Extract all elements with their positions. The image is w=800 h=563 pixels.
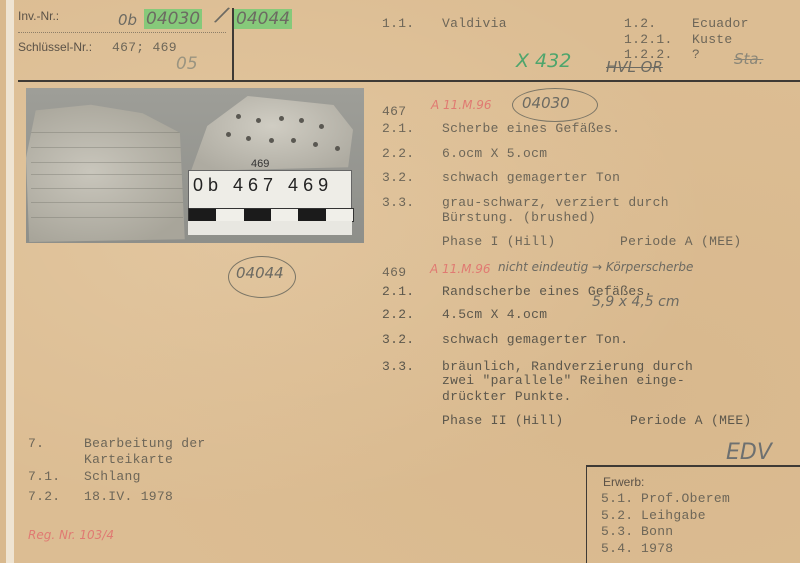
item-467-red-note: A 11.M.96 (431, 98, 492, 112)
sherd-467-image (26, 102, 188, 242)
item-467-row-num: 3.2. (382, 170, 414, 185)
item-469-red-note: A 11.M.96 (430, 262, 491, 276)
inv-dotted-line (18, 32, 226, 33)
field-7-2-num: 7.2. (28, 489, 60, 504)
item-467-phase: Phase I (Hill) (442, 234, 555, 249)
schluessel-value: 467; 469 (112, 40, 177, 55)
header-rule (18, 80, 800, 82)
erwerb-row-num: 5.3. (601, 524, 633, 539)
erwerb-box: Erwerb: 5.1. Prof.Oberem 5.2. Leihgabe 5… (586, 465, 800, 563)
item-467-periode: Periode A (MEE) (620, 234, 742, 249)
item-469-id: 469 (382, 265, 406, 280)
item-469-row-text: 4.5cm X 4.ocm (442, 307, 547, 322)
item-467-row-text: 6.ocm X 5.ocm (442, 146, 547, 161)
note-x432: X 432 (516, 50, 571, 72)
item-469-row-text: zwei "parallele" Reihen einge- (442, 373, 685, 388)
field-1-2-2-value: ? (692, 47, 700, 62)
item-469-periode: Periode A (MEE) (630, 413, 752, 428)
item-467-row-text: Scherbe eines Gefäßes. (442, 121, 620, 136)
item-469-size-note: 5,9 x 4,5 cm (592, 294, 680, 310)
field-1-1-value: Valdivia (442, 16, 507, 31)
field-7-2-value: 18.IV. 1978 (84, 489, 173, 504)
field-1-2-1-num: 1.2.1. (624, 32, 673, 47)
field-1-2-value: Ecuador (692, 16, 749, 31)
item-469-phase: Phase II (Hill) (442, 413, 564, 428)
item-467-row-num: 2.2. (382, 146, 414, 161)
note-struck: Sta. (734, 50, 763, 68)
edv-note: EDV (726, 440, 772, 465)
item-469-row-num: 3.2. (382, 332, 414, 347)
scale-base (188, 221, 352, 235)
item-469-hand-note: nicht eindeutig → Körperscherbe (498, 260, 693, 274)
item-467-row-num: 3.3. (382, 195, 414, 210)
photo-oval-note: 04044 (236, 264, 284, 282)
index-card: Inv.-Nr.: 0b 04030 / 04044 Schlüssel-Nr.… (6, 0, 800, 563)
schluessel-note: 05 (176, 54, 198, 74)
inv-number-2: 04044 (234, 9, 292, 29)
reg-number-note: Reg. Nr. 103/4 (28, 528, 114, 542)
scale-bar (188, 208, 354, 222)
specimen-label-text: 0b 467 469 (193, 175, 333, 196)
field-7-1-num: 7.1. (28, 469, 60, 484)
sherd-469-image: 469 (191, 96, 353, 171)
erwerb-row-text: Prof.Oberem (641, 491, 730, 506)
erwerb-row-text: Leihgabe (641, 508, 706, 523)
header-divider (232, 8, 234, 80)
item-469-row-num: 2.1. (382, 284, 414, 299)
item-467-id: 467 (382, 104, 406, 119)
erwerb-row-num: 5.4. (601, 541, 633, 556)
item-467-oval-note: 04030 (522, 94, 570, 112)
schluessel-label: Schlüssel-Nr.: (18, 40, 92, 54)
erwerb-row-num: 5.2. (601, 508, 633, 523)
specimen-label: 0b 467 469 (188, 170, 352, 209)
item-469-row-text: bräunlich, Randverzierung durch (442, 359, 693, 374)
sherd-small-label: 469 (251, 158, 269, 170)
item-469-row-text: drückter Punkte. (442, 389, 572, 404)
sherd-photo: 469 0b 467 469 (26, 88, 364, 243)
field-1-2-1-value: Kuste (692, 32, 733, 47)
erwerb-row-num: 5.1. (601, 491, 633, 506)
inv-nr-label: Inv.-Nr.: (18, 9, 59, 23)
item-467-row-text: grau-schwarz, verziert durch (442, 195, 669, 210)
card-edge (6, 0, 14, 563)
field-1-2-num: 1.2. (624, 16, 656, 31)
bearbeitung-line1: Bearbeitung der (84, 436, 206, 451)
erwerb-title: Erwerb: (603, 475, 644, 489)
item-467-row-num: 2.1. (382, 121, 414, 136)
bearbeitung-line2: Karteikarte (84, 452, 173, 467)
item-469-row-num: 2.2. (382, 307, 414, 322)
item-469-row-text: schwach gemagerter Ton. (442, 332, 628, 347)
inv-number-1: 04030 (144, 9, 202, 29)
item-467-row-text: schwach gemagerter Ton (442, 170, 620, 185)
erwerb-row-text: Bonn (641, 524, 673, 539)
note-hvl: HVL OR (606, 58, 663, 76)
field-7-1-value: Schlang (84, 469, 141, 484)
field-1-1-num: 1.1. (382, 16, 414, 31)
bearbeitung-num: 7. (28, 436, 44, 451)
erwerb-row-text: 1978 (641, 541, 673, 556)
inv-prefix: 0b (118, 11, 137, 29)
item-469-row-num: 3.3. (382, 359, 414, 374)
item-467-row-text: Bürstung. (brushed) (442, 210, 596, 225)
slash-mark: / (214, 2, 229, 28)
